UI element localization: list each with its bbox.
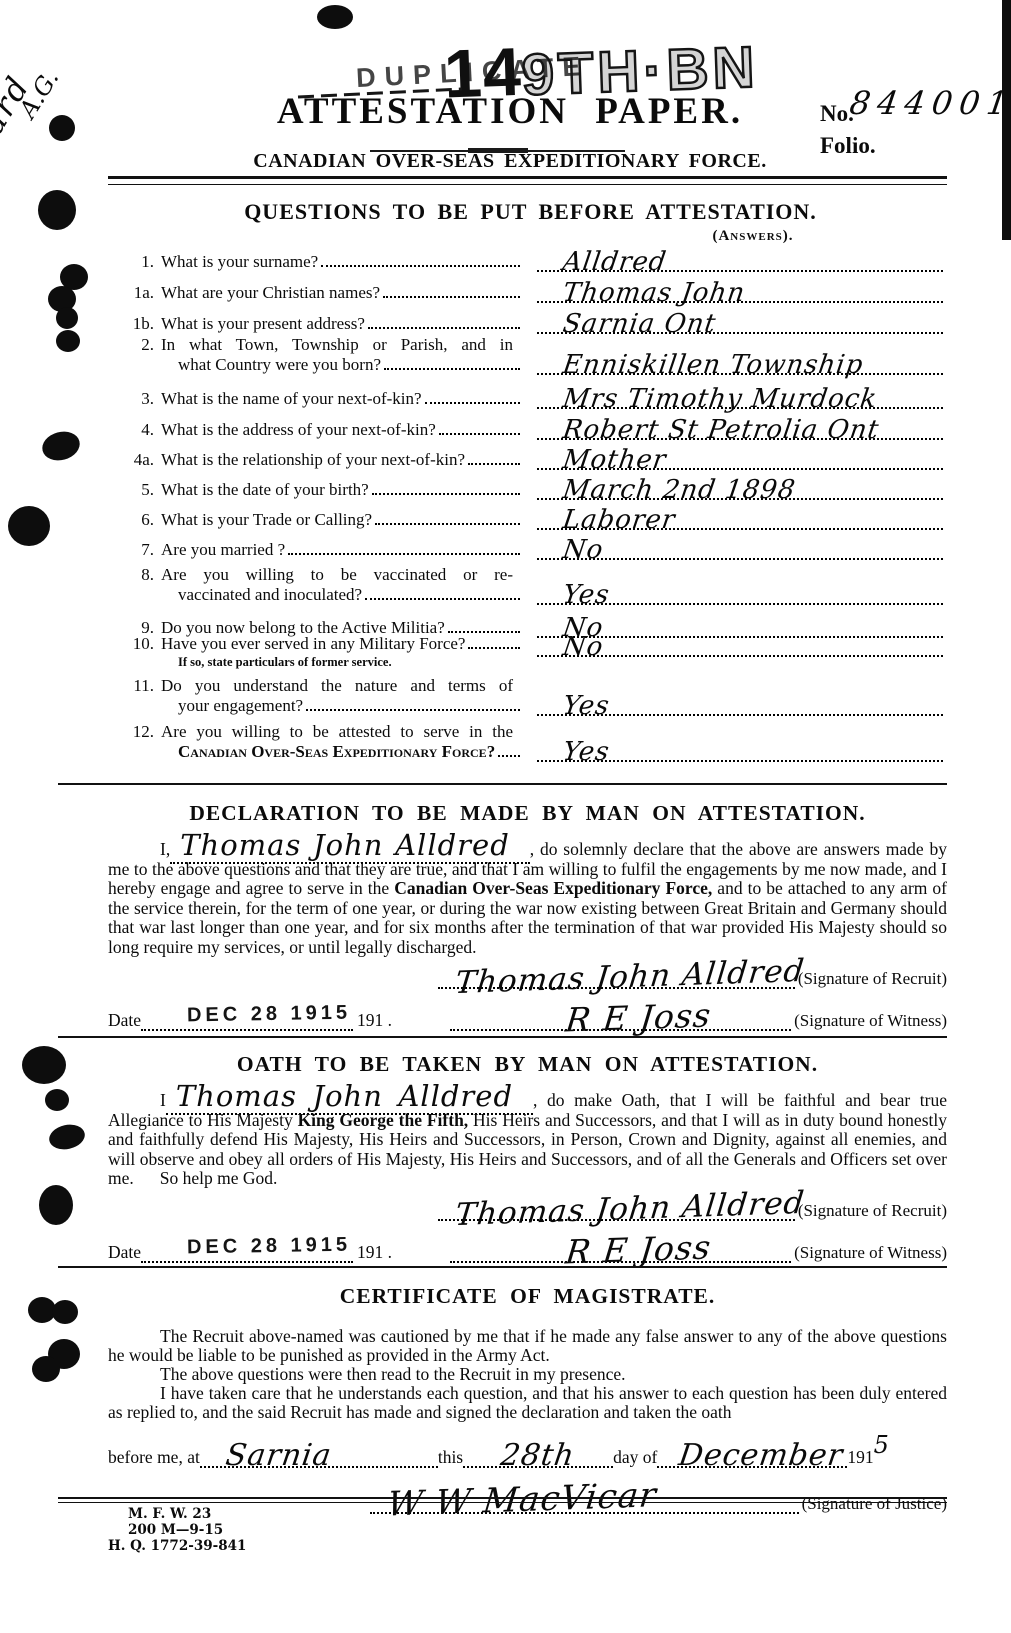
declaration-force-bold: Canadian Over-Seas Expeditionary Force, [394, 878, 712, 898]
question-number: 1. [118, 252, 161, 272]
question-number: 7. [118, 540, 161, 560]
witness-signature-line: R E Joss [450, 1019, 791, 1031]
date-line: DEC 28 1915 [141, 1021, 353, 1031]
answer-line: Mrs Timothy Murdock [537, 383, 943, 409]
question-text: What is the name of your next-of-kin? [161, 389, 422, 409]
question-text-line1: Are you willing to be attested to serve … [161, 722, 513, 742]
form-footer-codes: M. F. W. 23 200 M—9-15 H. Q. 1772-39-841 [108, 1506, 246, 1554]
answer-handwritten: March 2nd 1898 [561, 475, 798, 505]
answer-line: No [537, 634, 943, 657]
place-handwritten: Sarnia [223, 1438, 334, 1473]
question-note: If so, state particulars of former servi… [178, 655, 523, 670]
form-code-line1: M. F. W. 23 [128, 1506, 246, 1522]
answer-line: Robert St Petrolia Ont [537, 414, 943, 440]
dotted-leader [439, 433, 520, 435]
question-row-6: 6.What is your Trade or Calling? Laborer [118, 504, 943, 530]
year-printed: 191 . [353, 1242, 392, 1263]
answer-handwritten: Mother [561, 445, 669, 475]
question-row-1a: 1a.What are your Christian names? Thomas… [118, 277, 943, 303]
question-row-4a: 4a.What is the relationship of your next… [118, 444, 943, 470]
question-text: What is the address of your next-of-kin? [161, 420, 436, 440]
battalion-stamp-suffix: 9TH·BN [521, 35, 760, 108]
answer-line: No [537, 534, 943, 560]
answer-line: Mother [537, 444, 943, 470]
answer-handwritten: No [561, 632, 606, 662]
dotted-leader [368, 327, 520, 329]
question-row-3: 3.What is the name of your next-of-kin? … [118, 383, 943, 409]
year-printed: 191 . [353, 1010, 392, 1031]
question-number: 3. [118, 389, 161, 409]
dotted-leader [321, 265, 520, 267]
signature-line: Thomas John Alldred [438, 977, 795, 989]
certificate-title: CERTIFICATE OF MAGISTRATE. [108, 1284, 947, 1309]
question-number: 6. [118, 510, 161, 530]
question-number: 10. [118, 634, 161, 654]
oath-intro: I [160, 1090, 166, 1110]
question-text-line1: Are you willing to be vaccinated or re- [161, 565, 513, 585]
answer-handwritten: Thomas John [561, 278, 747, 308]
oath-title: OATH TO BE TAKEN BY MAN ON ATTESTATION. [108, 1052, 947, 1077]
question-row-4: 4.What is the address of your next-of-ki… [118, 414, 943, 440]
answer-line: Enniskillen Township [537, 349, 943, 375]
question-text: What is your surname? [161, 252, 318, 272]
year-digit-handwritten: 5 [874, 1431, 889, 1459]
answer-line: Yes [537, 690, 943, 716]
certificate-para1: The Recruit above-named was cautioned by… [108, 1327, 947, 1365]
question-row-1: 1.What is your surname? Alldred [118, 246, 943, 272]
question-number: 4. [118, 420, 161, 440]
dotted-leader [448, 631, 520, 633]
answer-line: Thomas John [537, 277, 943, 303]
before-me-label: before me, at [108, 1447, 200, 1468]
question-row-7: 7.Are you married ? No [118, 534, 943, 560]
recruit-signature-row: Thomas John Alldred (Signature of Recrui… [108, 1191, 947, 1221]
signature-line: W W MacVicar [370, 1502, 799, 1514]
regimental-number-handwritten: 844001 [847, 84, 1011, 122]
recruit-signature-label: (Signature of Recruit) [795, 1201, 947, 1221]
question-text: What are your Christian names? [161, 283, 380, 303]
dotted-leader [365, 598, 520, 600]
before-me-row: before me, at Sarnia this 28th day of De… [108, 1422, 947, 1468]
question-text-line2: Canadian Over-Seas Expeditionary Force? [178, 742, 495, 762]
certificate-para2: The above questions were then read to th… [108, 1365, 947, 1384]
declaration-section: DECLARATION TO BE MADE BY MAN ON ATTESTA… [108, 801, 947, 1031]
battalion-stamp-number: 14 [443, 34, 523, 113]
dotted-leader [383, 296, 520, 298]
battalion-stamp: 149TH·BN [443, 25, 760, 114]
answer-handwritten: Alldred [561, 247, 669, 277]
month-line: December [657, 1458, 847, 1468]
oath-section: OATH TO BE TAKEN BY MAN ON ATTESTATION. … [108, 1052, 947, 1263]
question-row-12: 12.Are you willing to be attested to ser… [118, 718, 943, 762]
dotted-leader [468, 463, 520, 465]
recruit-signature-row: Thomas John Alldred (Signature of Recrui… [108, 959, 947, 989]
answer-handwritten: Laborer [561, 505, 678, 535]
question-row-10: 10.Have you ever served in any Military … [118, 634, 943, 674]
section-rule [58, 783, 947, 785]
question-number: 4a. [118, 450, 161, 470]
witness-signature-line: R E Joss [450, 1251, 791, 1263]
question-text: Are you married ? [161, 540, 285, 560]
question-row-5: 5.What is the date of your birth? March … [118, 474, 943, 500]
answer-handwritten: Enniskillen Township [561, 350, 865, 380]
witness-signature-handwritten: R E Joss [564, 1227, 714, 1271]
answer-handwritten: Yes [561, 691, 612, 721]
dotted-leader [468, 647, 520, 649]
dotted-leader [375, 523, 520, 525]
year-printed: 191 [847, 1447, 873, 1468]
question-text: What is the relationship of your next-of… [161, 450, 465, 470]
question-text: Have you ever served in any Military For… [161, 634, 465, 654]
witness-signature-handwritten: R E Joss [564, 995, 714, 1039]
question-number: 1a. [118, 283, 161, 303]
question-number: 8. [118, 565, 161, 585]
date-line: DEC 28 1915 [141, 1253, 353, 1263]
question-row-8: 8.Are you willing to be vaccinated or re… [118, 561, 943, 605]
answer-handwritten: Robert St Petrolia Ont [561, 415, 881, 445]
date-label: Date [108, 1010, 141, 1031]
answers-column-label: (Answers). [678, 228, 828, 245]
dotted-leader [306, 709, 520, 711]
certificate-section: CERTIFICATE OF MAGISTRATE. The Recruit a… [108, 1284, 947, 1514]
witness-signature-label: (Signature of Witness) [791, 1243, 947, 1263]
answer-handwritten: Yes [561, 580, 612, 610]
this-label: this [438, 1447, 463, 1468]
question-row-11: 11.Do you understand the nature and term… [118, 672, 943, 716]
footer-rule [58, 1497, 947, 1503]
declaration-title: DECLARATION TO BE MADE BY MAN ON ATTESTA… [108, 801, 947, 826]
day-of-label: day of [613, 1447, 657, 1468]
answer-line: March 2nd 1898 [537, 474, 943, 500]
oath-so-help: So help me God. [160, 1168, 278, 1188]
question-number: 5. [118, 480, 161, 500]
answer-handwritten: Mrs Timothy Murdock [561, 384, 879, 414]
dotted-leader [288, 553, 520, 555]
dotted-leader [372, 493, 520, 495]
force-name-line: CANADIAN OVER-SEAS EXPEDITIONARY FORCE. [115, 150, 905, 173]
question-row-2: 2.In what Town, Township or Parish, and … [118, 331, 943, 375]
question-number: 12. [118, 722, 161, 742]
question-text: What is the date of your birth? [161, 480, 369, 500]
month-handwritten: December [677, 1438, 846, 1473]
question-text: What is your Trade or Calling? [161, 510, 372, 530]
answer-handwritten: Yes [561, 737, 612, 767]
recruit-signature-label: (Signature of Recruit) [795, 969, 947, 989]
question-text-line1: In what Town, Township or Parish, and in [161, 335, 513, 355]
place-line: Sarnia [200, 1458, 438, 1468]
date-stamp: DEC 28 1915 [187, 1233, 351, 1259]
day-line: 28th [463, 1458, 613, 1468]
form-code-line3: H. Q. 1772-39-841 [108, 1538, 246, 1554]
answer-line: Yes [537, 579, 943, 605]
oath-king-bold: King George the Fifth, [298, 1110, 469, 1130]
date-stamp: DEC 28 1915 [187, 1002, 351, 1028]
questions-title: QUESTIONS TO BE PUT BEFORE ATTESTATION. [118, 199, 943, 225]
answer-line: Alldred [537, 246, 943, 272]
question-text-line2: what Country were you born? [178, 355, 381, 375]
declaration-intro: I, [160, 839, 170, 859]
declaration-paragraph: I,Thomas John Alldred, do solemnly decla… [108, 835, 947, 957]
question-text-line2: your engagement? [178, 696, 303, 716]
certificate-para3: I have taken care that he understands ea… [108, 1384, 947, 1422]
date-label: Date [108, 1242, 141, 1263]
day-handwritten: 28th [499, 1438, 577, 1473]
answer-line: Laborer [537, 504, 943, 530]
dotted-leader [498, 755, 520, 757]
attestation-paper-document: { "margin_note": { "line1": "card", "lin… [0, 0, 1011, 1633]
dotted-leader [384, 368, 520, 370]
section-rule [58, 1036, 947, 1038]
signature-line: Thomas John Alldred [438, 1209, 795, 1221]
form-code-line2: 200 M—9-15 [128, 1522, 246, 1538]
section-rule [58, 1266, 947, 1268]
oath-paragraph: IThomas John Alldred, do make Oath, that… [108, 1086, 947, 1189]
question-number: 11. [118, 676, 161, 696]
answer-line: Yes [537, 736, 943, 762]
witness-signature-label: (Signature of Witness) [791, 1011, 947, 1031]
header-double-rule [108, 176, 947, 185]
question-text-line2: vaccinated and inoculated? [178, 585, 362, 605]
question-text-line1: Do you understand the nature and terms o… [161, 676, 513, 696]
dotted-leader [425, 402, 520, 404]
question-number: 2. [118, 335, 161, 355]
